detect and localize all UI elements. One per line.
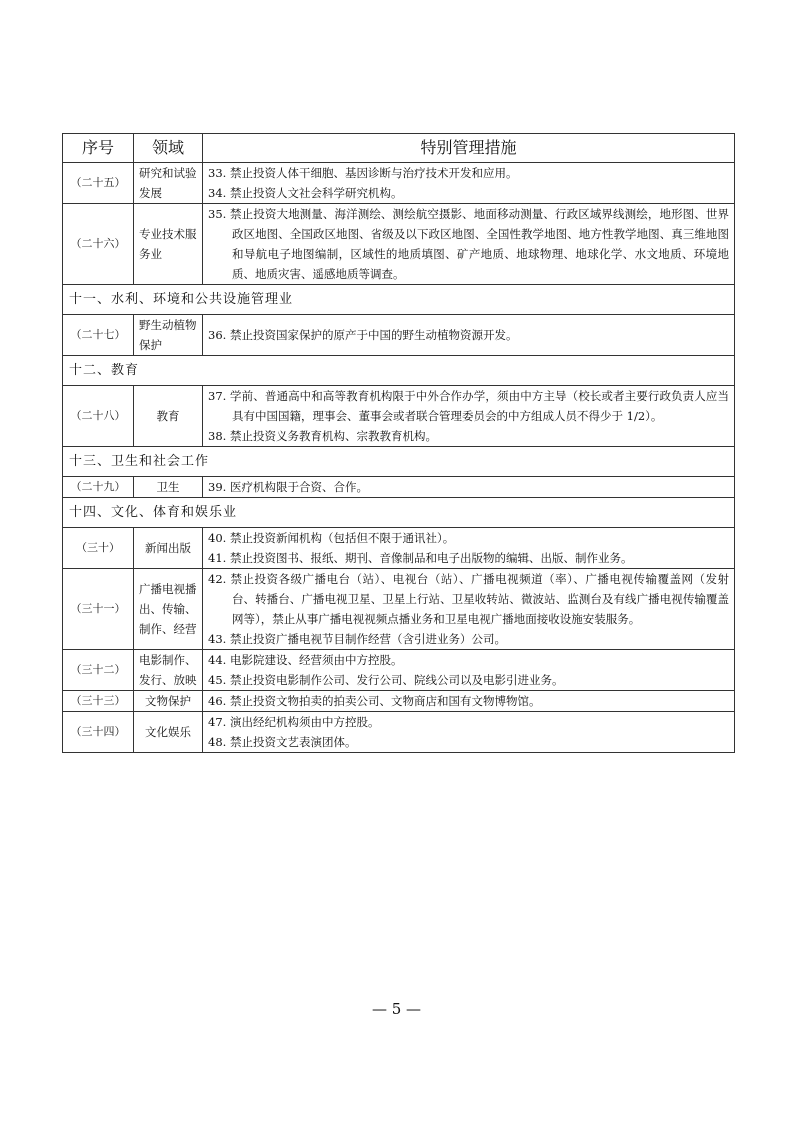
measure-item: 41. 禁止投资图书、报纸、期刊、音像制品和电子出版物的编辑、出版、制作业务。: [208, 548, 729, 568]
measure-item: 45. 禁止投资电影制作公司、发行公司、院线公司以及电影引进业务。: [208, 670, 729, 690]
header-number: 序号: [63, 134, 134, 163]
measure-item: 46. 禁止投资文物拍卖的拍卖公司、文物商店和国有文物博物馆。: [208, 691, 729, 711]
row-number: （三十）: [63, 528, 134, 569]
measure-item: 37. 学前、普通高中和高等教育机构限于中外合作办学，须由中方主导（校长或者主要…: [208, 386, 729, 426]
row-number: （二十五）: [63, 163, 134, 204]
table-row: （二十五） 研究和试验发展 33. 禁止投资人体干细胞、基因诊断与治疗技术开发和…: [63, 163, 735, 204]
row-field: 野生动植物保护: [134, 315, 203, 356]
table-row: （二十七） 野生动植物保护 36. 禁止投资国家保护的原产于中国的野生动植物资源…: [63, 315, 735, 356]
row-field: 文化娱乐: [134, 712, 203, 753]
row-field: 新闻出版: [134, 528, 203, 569]
row-measures: 37. 学前、普通高中和高等教育机构限于中外合作办学，须由中方主导（校长或者主要…: [203, 386, 735, 447]
row-measures: 33. 禁止投资人体干细胞、基因诊断与治疗技术开发和应用。 34. 禁止投资人文…: [203, 163, 735, 204]
row-field: 电影制作、发行、放映: [134, 650, 203, 691]
header-field: 领域: [134, 134, 203, 163]
table-header-row: 序号 领域 特别管理措施: [63, 134, 735, 163]
measure-item: 38. 禁止投资义务教育机构、宗教教育机构。: [208, 426, 729, 446]
row-measures: 36. 禁止投资国家保护的原产于中国的野生动植物资源开发。: [203, 315, 735, 356]
row-number: （二十七）: [63, 315, 134, 356]
section-row: 十一、水利、环境和公共设施管理业: [63, 285, 735, 315]
row-number: （三十二）: [63, 650, 134, 691]
row-measures: 35. 禁止投资大地测量、海洋测绘、测绘航空摄影、地面移动测量、行政区域界线测绘…: [203, 204, 735, 285]
measure-item: 35. 禁止投资大地测量、海洋测绘、测绘航空摄影、地面移动测量、行政区域界线测绘…: [208, 204, 729, 284]
row-field: 专业技术服务业: [134, 204, 203, 285]
row-field: 卫生: [134, 477, 203, 498]
measure-item: 33. 禁止投资人体干细胞、基因诊断与治疗技术开发和应用。: [208, 163, 729, 183]
section-title: 十三、卫生和社会工作: [63, 447, 735, 477]
measure-item: 40. 禁止投资新闻机构（包括但不限于通讯社）。: [208, 528, 729, 548]
section-row: 十四、文化、体育和娱乐业: [63, 498, 735, 528]
measure-item: 47. 演出经纪机构须由中方控股。: [208, 712, 729, 732]
section-row: 十三、卫生和社会工作: [63, 447, 735, 477]
section-title: 十二、教育: [63, 356, 735, 386]
row-field: 文物保护: [134, 691, 203, 712]
measure-item: 39. 医疗机构限于合资、合作。: [208, 477, 729, 497]
row-measures: 46. 禁止投资文物拍卖的拍卖公司、文物商店和国有文物博物馆。: [203, 691, 735, 712]
measure-item: 34. 禁止投资人文社会科学研究机构。: [208, 183, 729, 203]
row-number: （三十一）: [63, 569, 134, 650]
table-row: （三十一） 广播电视播出、传输、制作、经营 42. 禁止投资各级广播电台（站）、…: [63, 569, 735, 650]
table-row: （三十三） 文物保护 46. 禁止投资文物拍卖的拍卖公司、文物商店和国有文物博物…: [63, 691, 735, 712]
measure-item: 48. 禁止投资文艺表演团体。: [208, 732, 729, 752]
row-measures: 44. 电影院建设、经营须由中方控股。 45. 禁止投资电影制作公司、发行公司、…: [203, 650, 735, 691]
table-row: （二十八） 教育 37. 学前、普通高中和高等教育机构限于中外合作办学，须由中方…: [63, 386, 735, 447]
measure-item: 44. 电影院建设、经营须由中方控股。: [208, 650, 729, 670]
row-measures: 42. 禁止投资各级广播电台（站）、电视台（站）、广播电视频道（率）、广播电视传…: [203, 569, 735, 650]
row-field: 研究和试验发展: [134, 163, 203, 204]
table-row: （二十九） 卫生 39. 医疗机构限于合资、合作。: [63, 477, 735, 498]
table-row: （三十四） 文化娱乐 47. 演出经纪机构须由中方控股。 48. 禁止投资文艺表…: [63, 712, 735, 753]
measure-item: 43. 禁止投资广播电视节目制作经营（含引进业务）公司。: [208, 629, 729, 649]
row-field: 教育: [134, 386, 203, 447]
table-row: （三十二） 电影制作、发行、放映 44. 电影院建设、经营须由中方控股。 45.…: [63, 650, 735, 691]
table-row: （三十） 新闻出版 40. 禁止投资新闻机构（包括但不限于通讯社）。 41. 禁…: [63, 528, 735, 569]
page-number: — 5 —: [0, 1000, 793, 1018]
row-measures: 47. 演出经纪机构须由中方控股。 48. 禁止投资文艺表演团体。: [203, 712, 735, 753]
measure-item: 36. 禁止投资国家保护的原产于中国的野生动植物资源开发。: [208, 325, 729, 345]
row-number: （三十四）: [63, 712, 134, 753]
section-title: 十一、水利、环境和公共设施管理业: [63, 285, 735, 315]
section-title: 十四、文化、体育和娱乐业: [63, 498, 735, 528]
row-number: （二十八）: [63, 386, 134, 447]
row-measures: 40. 禁止投资新闻机构（包括但不限于通讯社）。 41. 禁止投资图书、报纸、期…: [203, 528, 735, 569]
row-number: （二十六）: [63, 204, 134, 285]
header-measures: 特别管理措施: [203, 134, 735, 163]
table-row: （二十六） 专业技术服务业 35. 禁止投资大地测量、海洋测绘、测绘航空摄影、地…: [63, 204, 735, 285]
section-row: 十二、教育: [63, 356, 735, 386]
measure-item: 42. 禁止投资各级广播电台（站）、电视台（站）、广播电视频道（率）、广播电视传…: [208, 569, 729, 629]
special-measures-table: 序号 领域 特别管理措施 （二十五） 研究和试验发展 33. 禁止投资人体干细胞…: [62, 133, 735, 753]
row-number: （三十三）: [63, 691, 134, 712]
row-measures: 39. 医疗机构限于合资、合作。: [203, 477, 735, 498]
row-field: 广播电视播出、传输、制作、经营: [134, 569, 203, 650]
row-number: （二十九）: [63, 477, 134, 498]
